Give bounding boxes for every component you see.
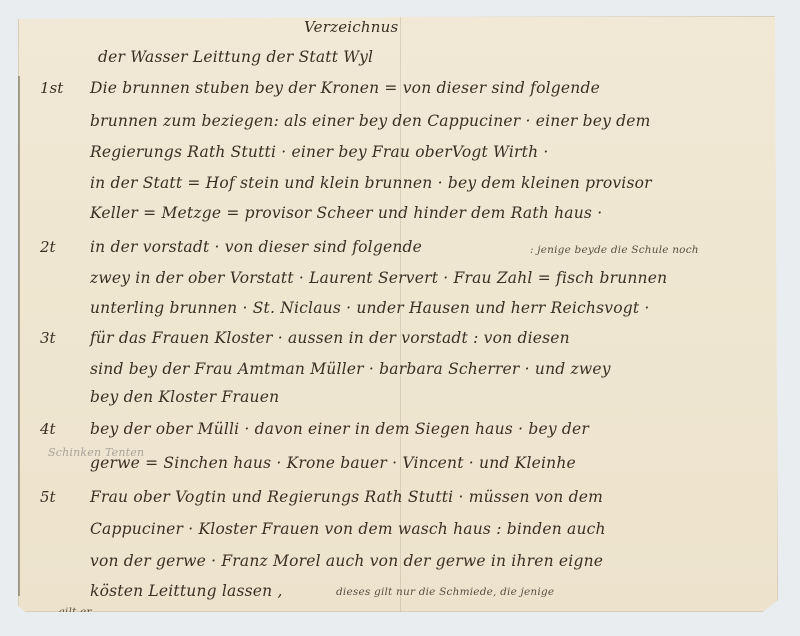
text-line: zwey in der ober Vorstatt · Laurent Serv… bbox=[90, 269, 667, 287]
text-line: von der gerwe · Franz Morel auch von der… bbox=[90, 552, 603, 570]
margin-number-3: 3t bbox=[40, 329, 56, 347]
text-line: kösten Leittung lassen , bbox=[90, 582, 283, 600]
text-line: sind bey der Frau Amtman Müller · barbar… bbox=[90, 360, 611, 378]
text-line: in der Statt = Hof stein und klein brunn… bbox=[90, 174, 652, 192]
text-line: bey der ober Mülli · davon einer in dem … bbox=[90, 420, 589, 438]
text-line: brunnen zum beziegen: als einer bey den … bbox=[90, 112, 651, 130]
document-title: Verzeichnus bbox=[304, 18, 398, 36]
text-line: Keller = Metzge = provisor Scheer und hi… bbox=[90, 204, 602, 222]
margin-number-5: 5t bbox=[40, 488, 56, 506]
text-line: gerwe = Sinchen haus · Krone bauer · Vin… bbox=[90, 454, 576, 472]
marginal-note: dieses gilt nur die Schmiede, die jenige bbox=[336, 586, 554, 598]
text-line: in der vorstadt · von dieser sind folgen… bbox=[90, 238, 422, 256]
text-line: für das Frauen Kloster · aussen in der v… bbox=[90, 329, 570, 347]
text-line: unterling brunnen · St. Niclaus · under … bbox=[90, 299, 650, 317]
marginal-note: gilt er bbox=[58, 606, 92, 618]
text-line: Die brunnen stuben bey der Kronen = von … bbox=[90, 79, 600, 97]
margin-number-4: 4t bbox=[40, 420, 56, 438]
margin-number-2: 2t bbox=[40, 238, 56, 256]
paper-edge bbox=[18, 76, 20, 596]
text-line: Cappuciner · Kloster Frauen von dem wasc… bbox=[90, 520, 606, 538]
text-line: Frau ober Vogtin und Regierungs Rath Stu… bbox=[90, 488, 603, 506]
document-heading: der Wasser Leittung der Statt Wyl bbox=[98, 48, 373, 66]
margin-number-1: 1st bbox=[40, 79, 63, 97]
text-line: Regierungs Rath Stutti · einer bey Frau … bbox=[90, 143, 549, 161]
text-line: bey den Kloster Frauen bbox=[90, 388, 279, 406]
manuscript-page: Verzeichnus der Wasser Leittung der Stat… bbox=[18, 16, 778, 612]
marginal-note: : jenige beyde die Schule noch bbox=[530, 244, 699, 256]
